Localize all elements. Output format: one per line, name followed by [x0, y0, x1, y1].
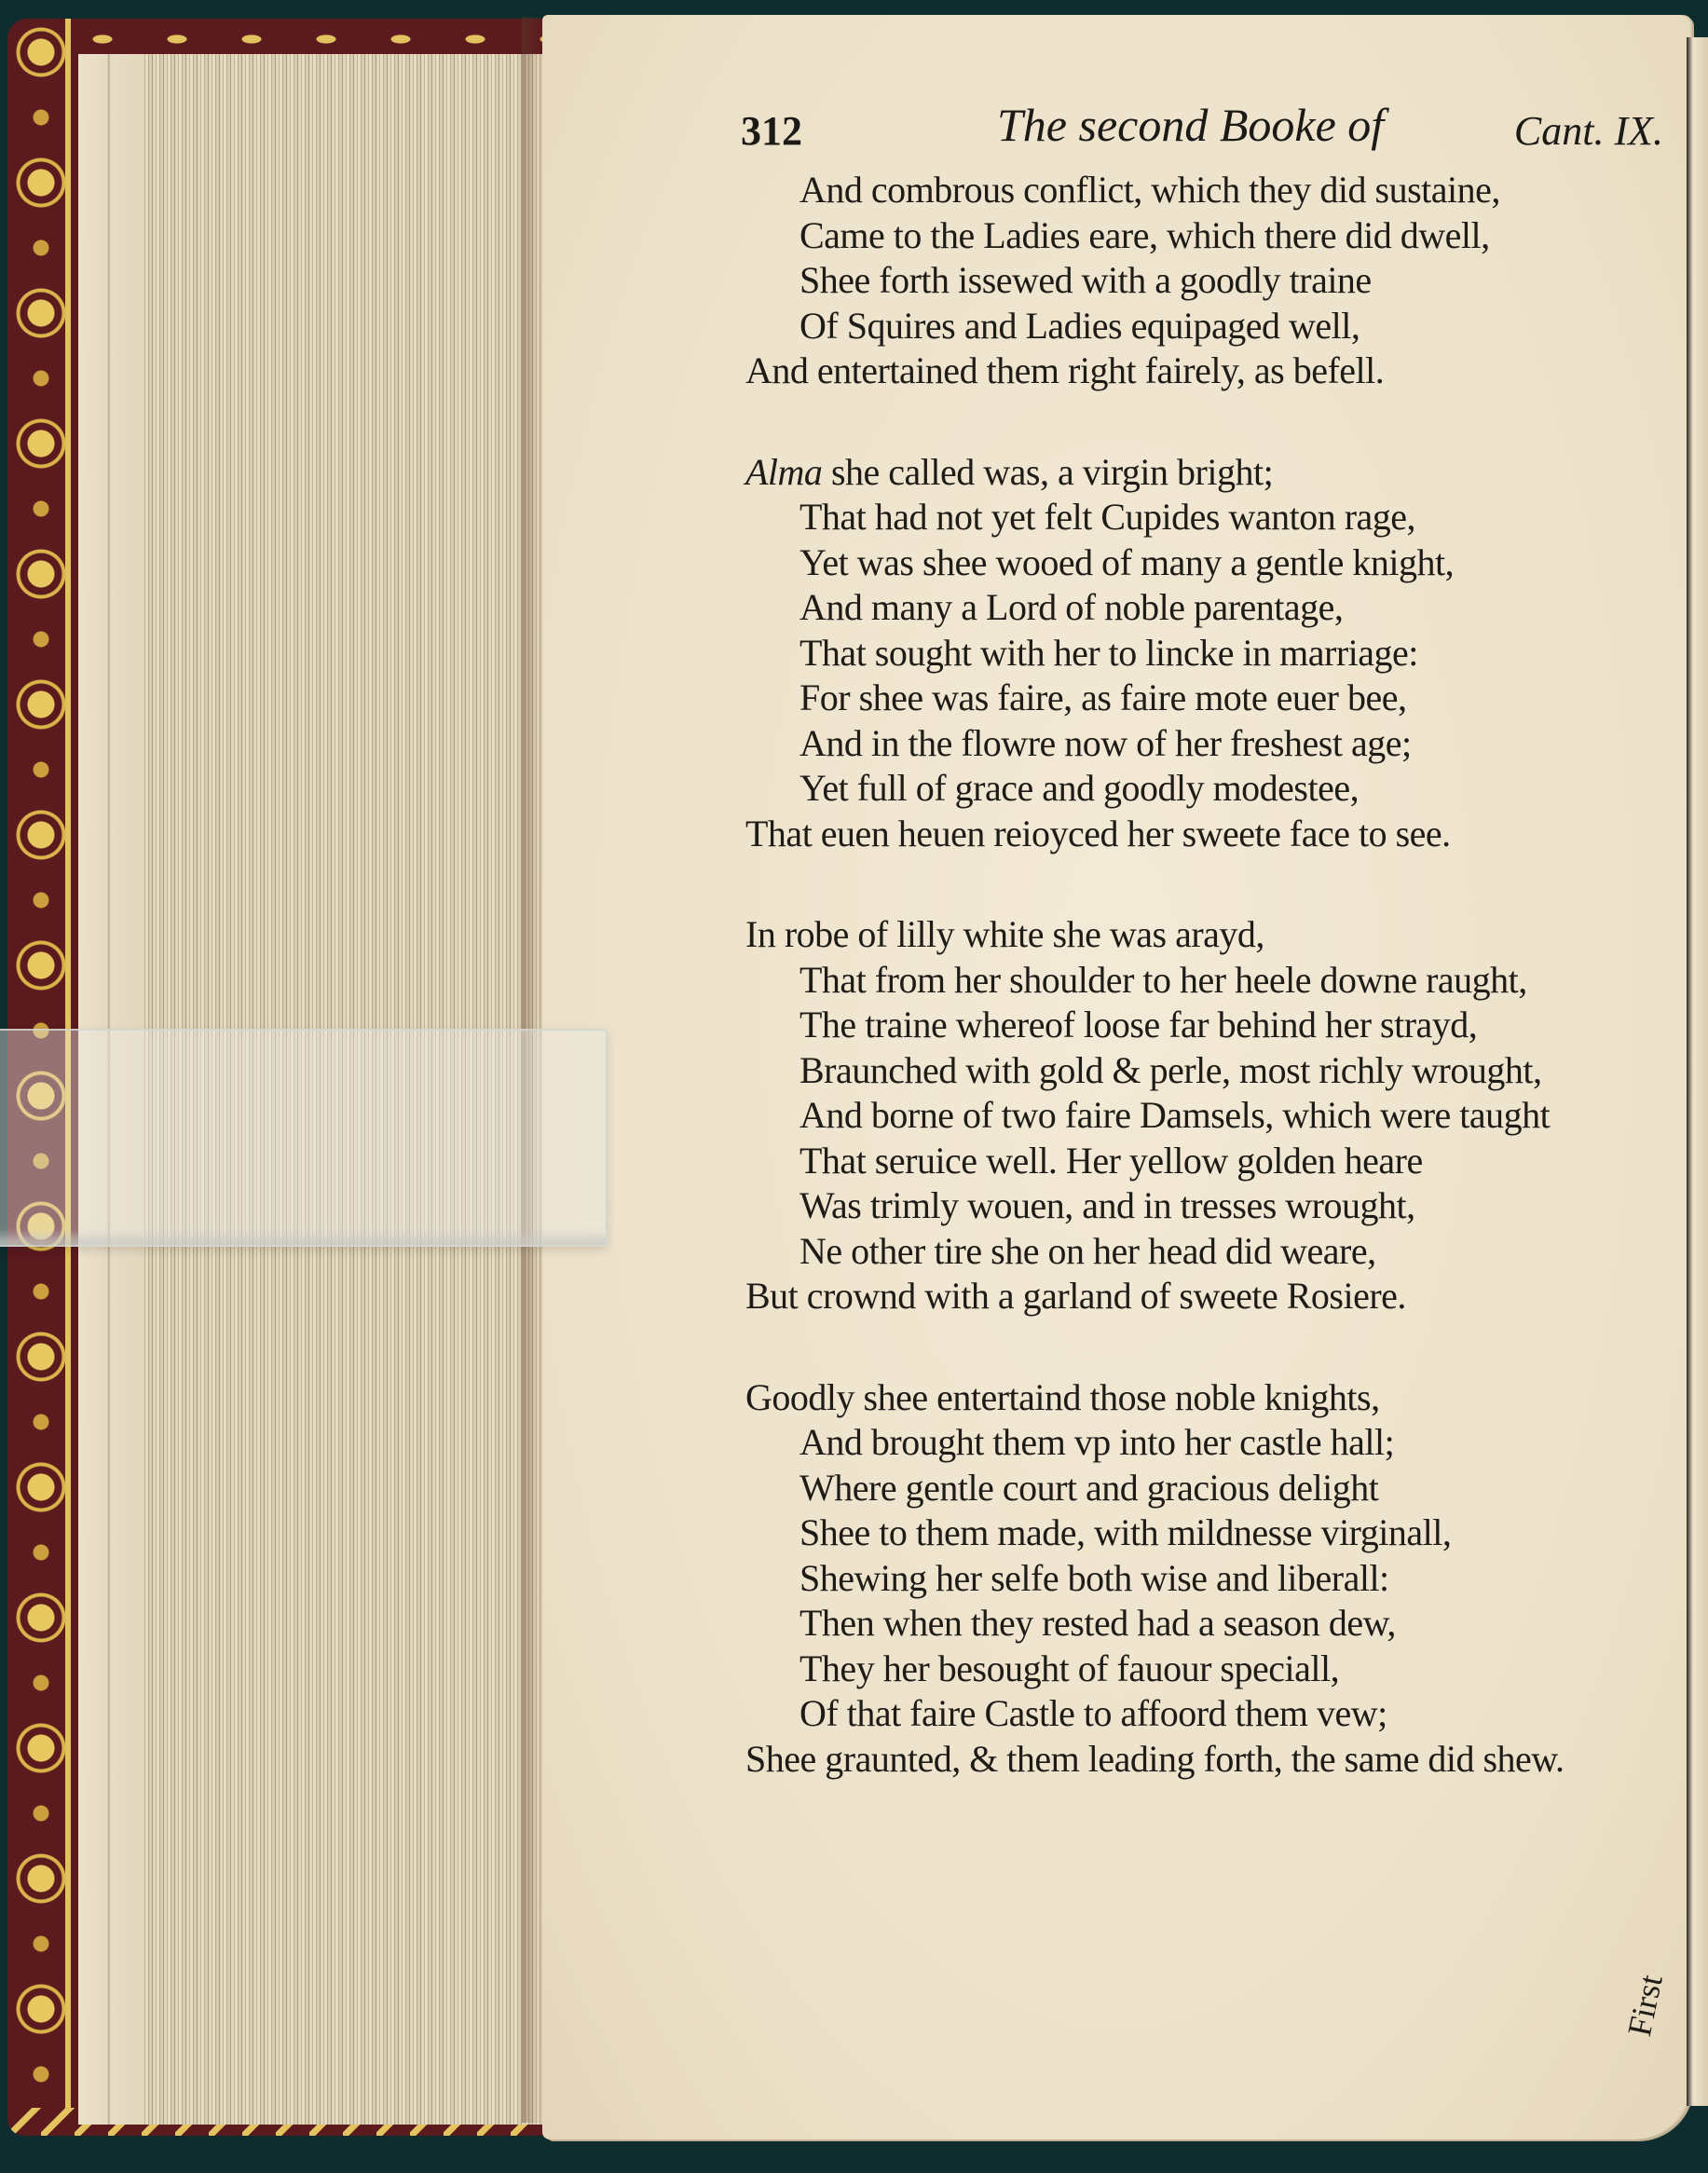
stanza: Alma she called was, a virgin bright; Th…: [745, 450, 1677, 857]
verse-line: Shee forth issewed with a goodly traine: [745, 258, 1677, 304]
canto-label: Cant. IX.: [1514, 107, 1663, 155]
verse-line: That had not yet felt Cupides wanton rag…: [745, 495, 1677, 540]
verse-line: That from her shoulder to her heele down…: [745, 958, 1677, 1004]
verse-line: Ne other tire she on her head did weare,: [745, 1229, 1677, 1275]
verse-line: They her besought of fauour speciall,: [745, 1647, 1677, 1692]
verse-line: Of Squires and Ladies equipaged well,: [745, 304, 1677, 349]
verse-line: Shee graunted, & them leading forth, the…: [745, 1737, 1677, 1783]
verse-line: Shewing her selfe both wise and liberall…: [745, 1556, 1677, 1602]
verse-line: Of that faire Castle to affoord them vew…: [745, 1691, 1677, 1737]
page-number: 312: [741, 107, 802, 155]
verse-line: Then when they rested had a season dew,: [745, 1601, 1677, 1647]
verse-line: That euen heuen reioyced her sweete face…: [745, 812, 1677, 857]
stanza: Goodly shee entertaind those noble knigh…: [745, 1375, 1677, 1783]
verse-line: Goodly shee entertaind those noble knigh…: [745, 1375, 1677, 1421]
verse-line: That seruice well. Her yellow golden hea…: [745, 1139, 1677, 1184]
verse-line: And borne of two faire Damsels, which we…: [745, 1093, 1677, 1139]
verse-line: The traine whereof loose far behind her …: [745, 1003, 1677, 1048]
running-title: The second Booke of: [997, 98, 1384, 152]
verse-line: For shee was faire, as faire mote euer b…: [745, 676, 1677, 721]
verse-line: And combrous conflict, which they did su…: [745, 168, 1677, 213]
running-head: 312 The second Booke of Cant. IX.: [741, 98, 1663, 163]
verse-line: And entertained them right fairely, as b…: [745, 348, 1677, 394]
verse-line: Where gentle court and gracious delight: [745, 1466, 1677, 1511]
stanza: And combrous conflict, which they did su…: [745, 168, 1677, 394]
verse-line: And in the flowre now of her freshest ag…: [745, 721, 1677, 767]
verse-line: But crownd with a garland of sweete Rosi…: [745, 1274, 1677, 1319]
stanza: In robe of lilly white she was arayd, Th…: [745, 912, 1677, 1319]
verse-line: And brought them vp into her castle hall…: [745, 1420, 1677, 1466]
poem-body: And combrous conflict, which they did su…: [745, 168, 1677, 1838]
page-right-edge: [1687, 37, 1708, 2106]
verse-line: In robe of lilly white she was arayd,: [745, 912, 1677, 958]
verse-line: Braunched with gold & perle, most richly…: [745, 1048, 1677, 1094]
verse-line: Shee to them made, with mildnesse virgin…: [745, 1510, 1677, 1556]
verse-line: Came to the Ladies eare, which there did…: [745, 213, 1677, 259]
verse-line: Yet was shee wooed of many a gentle knig…: [745, 540, 1677, 586]
acrylic-page-weight: [0, 1029, 608, 1247]
verse-line: Was trimly wouen, and in tresses wrought…: [745, 1183, 1677, 1229]
verse-line: And many a Lord of noble parentage,: [745, 585, 1677, 631]
verse-line: Yet full of grace and goodly modestee,: [745, 766, 1677, 812]
verse-line: Alma she called was, a virgin bright;: [745, 450, 1677, 496]
verse-line: That sought with her to lincke in marria…: [745, 631, 1677, 676]
